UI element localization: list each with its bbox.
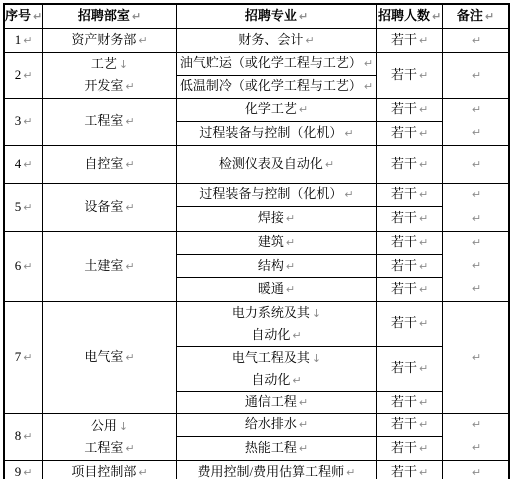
major: 热能工程 xyxy=(245,440,297,455)
department: 项目控制部 xyxy=(71,464,136,479)
row-6-sub-1: 6↵ 土建室↵ 建筑↵ 若干↵ ↵ ↵ ↵ xyxy=(4,231,509,254)
paragraph-mark-icon: ↵ xyxy=(472,259,481,273)
paragraph-mark-icon: ↵ xyxy=(138,466,147,479)
paragraph-mark-icon: ↵ xyxy=(125,260,134,273)
paragraph-mark-icon: ↵ xyxy=(299,442,308,455)
department-cell: 电气室↵ xyxy=(43,301,177,413)
row-number: 8 xyxy=(15,428,22,443)
paragraph-mark-icon: ↵ xyxy=(299,103,308,116)
count: 若干 xyxy=(391,234,417,249)
department-cell: 项目控制部↵ xyxy=(43,460,177,479)
row-number-cell: 5↵ xyxy=(4,183,43,231)
count: 若干 xyxy=(391,32,417,47)
department: 设备室 xyxy=(84,199,123,214)
count: 若干 xyxy=(391,416,417,431)
count: 若干 xyxy=(391,125,417,140)
paragraph-mark-icon: ↵ xyxy=(472,69,481,82)
row-1: 1↵ 资产财务部↵ 财务、会计↵ 若干↵ ↵ xyxy=(4,28,509,52)
row-number-cell: 7↵ xyxy=(4,301,43,413)
paragraph-mark-icon: ↵ xyxy=(419,260,428,273)
major: 给水排水 xyxy=(245,416,297,431)
count-cell: 若干↵ xyxy=(377,301,443,346)
paragraph-mark-icon: ↵ xyxy=(125,115,134,128)
paragraph-mark-icon: ↵ xyxy=(364,80,373,93)
paragraph-mark-icon: ↵ xyxy=(419,362,428,375)
count-cell: 若干↵ xyxy=(377,254,443,277)
count-cell: 若干↵ xyxy=(377,98,443,122)
paragraph-mark-icon: ↵ xyxy=(23,466,32,479)
row-number-cell: 8↵ xyxy=(4,413,43,460)
department-cell: 工程室↵ xyxy=(43,98,177,145)
line-break-mark-icon: ↓ xyxy=(119,420,128,433)
major-line1: 电气工程及其 xyxy=(232,350,310,365)
remark-cell: ↵ xyxy=(443,301,509,413)
paragraph-mark-icon: ↵ xyxy=(419,158,428,171)
count: 若干 xyxy=(391,394,417,409)
major: 焊接 xyxy=(258,210,284,225)
count: 若干 xyxy=(391,464,417,479)
document-page: 序号↵ 招聘部室↵ 招聘专业↵ 招聘人数↵ 备注↵ 1↵ 资产财务部↵ 财务、会… xyxy=(0,0,510,479)
major-cell: 财务、会计↵ xyxy=(176,28,376,52)
header-col-number: 序号↵ xyxy=(4,4,43,28)
header-label: 备注 xyxy=(457,8,483,23)
paragraph-mark-icon: ↵ xyxy=(364,57,373,70)
paragraph-mark-icon: ↵ xyxy=(286,260,295,273)
paragraph-mark-icon: ↵ xyxy=(132,10,141,23)
count-cell: 若干↵ xyxy=(377,231,443,254)
paragraph-mark-icon: ↵ xyxy=(419,317,428,330)
major-cell: 过程装备与控制（化机）↵ xyxy=(176,122,376,146)
paragraph-mark-icon: ↵ xyxy=(23,351,32,364)
major-cell: 热能工程↵ xyxy=(176,437,376,461)
paragraph-mark-icon: ↵ xyxy=(23,34,32,47)
header-label: 招聘人数 xyxy=(378,8,430,23)
line-break-mark-icon: ↓ xyxy=(312,307,321,320)
major-cell: 焊接↵ xyxy=(176,206,376,231)
department-line1: 公用 xyxy=(91,418,117,433)
recruitment-table: 序号↵ 招聘部室↵ 招聘专业↵ 招聘人数↵ 备注↵ 1↵ 资产财务部↵ 财务、会… xyxy=(3,3,510,479)
department: 电气室 xyxy=(84,349,123,364)
row-number-cell: 9↵ xyxy=(4,460,43,479)
header-label: 序号 xyxy=(5,8,31,23)
paragraph-mark-icon: ↵ xyxy=(286,236,295,249)
count: 若干 xyxy=(391,156,417,171)
row-number: 3 xyxy=(15,113,22,128)
major-cell: 电力系统及其↓ 自动化↵ xyxy=(176,301,376,346)
count-cell: 若干↵ xyxy=(377,52,443,98)
department-cell: 设备室↵ xyxy=(43,183,177,231)
count: 若干 xyxy=(391,315,417,330)
count: 若干 xyxy=(391,258,417,273)
paragraph-mark-icon: ↵ xyxy=(472,282,481,296)
header-row: 序号↵ 招聘部室↵ 招聘专业↵ 招聘人数↵ 备注↵ xyxy=(4,4,509,28)
major: 通信工程 xyxy=(245,394,297,409)
count-cell: 若干↵ xyxy=(377,145,443,183)
paragraph-mark-icon: ↵ xyxy=(23,115,32,128)
paragraph-mark-icon: ↵ xyxy=(23,158,32,171)
paragraph-mark-icon: ↵ xyxy=(299,418,308,431)
remark-cell: ↵ xyxy=(443,460,509,479)
major-line2: 自动化 xyxy=(251,372,290,387)
paragraph-mark-icon: ↵ xyxy=(125,80,134,93)
paragraph-mark-icon: ↵ xyxy=(432,10,441,23)
paragraph-mark-icon: ↵ xyxy=(472,126,481,140)
major: 费用控制/费用估算工程师 xyxy=(198,464,345,479)
major-cell: 油气贮运（或化学工程与工艺）↵ xyxy=(176,52,376,75)
major-cell: 电气工程及其↓ 自动化↵ xyxy=(176,346,376,391)
major: 油气贮运（或化学工程与工艺） xyxy=(180,55,362,70)
count-cell: 若干↵ xyxy=(377,28,443,52)
row-5-sub-1: 5↵ 设备室↵ 过程装备与控制（化机）↵ 若干↵ ↵ ↵ xyxy=(4,183,509,206)
row-8-sub-1: 8↵ 公用↓ 工程室↵ 给水排水↵ 若干↵ ↵ ↵ xyxy=(4,413,509,437)
paragraph-mark-icon: ↵ xyxy=(472,466,481,479)
remark-cell: ↵ ↵ xyxy=(443,98,509,145)
department-line2: 工程室 xyxy=(84,440,123,455)
remark-cell: ↵ ↵ xyxy=(443,183,509,231)
major-cell: 建筑↵ xyxy=(176,231,376,254)
major: 过程装备与控制（化机） xyxy=(199,125,342,140)
paragraph-mark-icon: ↵ xyxy=(472,34,481,47)
paragraph-mark-icon: ↵ xyxy=(419,236,428,249)
major: 过程装备与控制（化机） xyxy=(199,186,342,201)
count-cell: 若干↵ xyxy=(377,460,443,479)
department-cell: 公用↓ 工程室↵ xyxy=(43,413,177,460)
paragraph-mark-icon: ↵ xyxy=(286,283,295,296)
paragraph-mark-icon: ↵ xyxy=(419,466,428,479)
header-label: 招聘专业 xyxy=(245,8,297,23)
major-cell: 给水排水↵ xyxy=(176,413,376,437)
paragraph-mark-icon: ↵ xyxy=(305,34,314,47)
row-number-cell: 3↵ xyxy=(4,98,43,145)
paragraph-mark-icon: ↵ xyxy=(472,212,481,226)
paragraph-mark-icon: ↵ xyxy=(419,127,428,140)
paragraph-mark-icon: ↵ xyxy=(346,466,355,479)
row-number: 7 xyxy=(15,349,22,364)
paragraph-mark-icon: ↵ xyxy=(419,34,428,47)
department: 自控室 xyxy=(84,156,123,171)
major-cell: 结构↵ xyxy=(176,254,376,277)
department: 资产财务部 xyxy=(71,32,136,47)
line-break-mark-icon: ↓ xyxy=(119,58,128,71)
count: 若干 xyxy=(391,440,417,455)
paragraph-mark-icon: ↵ xyxy=(292,329,301,342)
paragraph-mark-icon: ↵ xyxy=(472,441,481,455)
row-number-cell: 2↵ xyxy=(4,52,43,98)
count: 若干 xyxy=(391,210,417,225)
count: 若干 xyxy=(391,360,417,375)
row-number-cell: 1↵ xyxy=(4,28,43,52)
count-cell: 若干↵ xyxy=(377,413,443,437)
paragraph-mark-icon: ↵ xyxy=(419,418,428,431)
major-cell: 化学工艺↵ xyxy=(176,98,376,122)
paragraph-mark-icon: ↵ xyxy=(472,418,481,432)
row-7-sub-1: 7↵ 电气室↵ 电力系统及其↓ 自动化↵ 若干↵ ↵ xyxy=(4,301,509,346)
header-label: 招聘部室 xyxy=(78,8,130,23)
row-number: 9 xyxy=(15,464,22,479)
row-2-sub-1: 2↵ 工艺↓ 开发室↵ 油气贮运（或化学工程与工艺）↵ 若干↵ ↵ xyxy=(4,52,509,75)
row-number: 4 xyxy=(15,156,22,171)
row-number: 2 xyxy=(15,67,22,82)
paragraph-mark-icon: ↵ xyxy=(419,283,428,296)
paragraph-mark-icon: ↵ xyxy=(344,127,353,140)
row-number: 1 xyxy=(15,32,22,47)
count-cell: 若干↵ xyxy=(377,122,443,146)
paragraph-mark-icon: ↵ xyxy=(344,188,353,201)
remark-cell: ↵ xyxy=(443,28,509,52)
row-number-cell: 4↵ xyxy=(4,145,43,183)
major: 财务、会计 xyxy=(238,32,303,47)
line-break-mark-icon: ↓ xyxy=(312,352,321,365)
paragraph-mark-icon: ↵ xyxy=(419,103,428,116)
row-3-sub-1: 3↵ 工程室↵ 化学工艺↵ 若干↵ ↵ ↵ xyxy=(4,98,509,122)
paragraph-mark-icon: ↵ xyxy=(472,236,481,250)
department: 工程室 xyxy=(84,113,123,128)
paragraph-mark-icon: ↵ xyxy=(286,212,295,225)
count-cell: 若干↵ xyxy=(377,183,443,206)
row-4: 4↵ 自控室↵ 检测仪表及自动化↵ 若干↵ ↵ xyxy=(4,145,509,183)
major: 化学工艺 xyxy=(245,101,297,116)
remark-cell: ↵ xyxy=(443,52,509,98)
department-cell: 自控室↵ xyxy=(43,145,177,183)
major-cell: 暖通↵ xyxy=(176,278,376,301)
paragraph-mark-icon: ↵ xyxy=(485,10,494,23)
major-cell: 费用控制/费用估算工程师↵ xyxy=(176,460,376,479)
major-cell: 过程装备与控制（化机）↵ xyxy=(176,183,376,206)
major-line1: 电力系统及其 xyxy=(232,305,310,320)
row-9: 9↵ 项目控制部↵ 费用控制/费用估算工程师↵ 若干↵ ↵ xyxy=(4,460,509,479)
department-cell: 工艺↓ 开发室↵ xyxy=(43,52,177,98)
paragraph-mark-icon: ↵ xyxy=(299,396,308,409)
department-cell: 资产财务部↵ xyxy=(43,28,177,52)
count: 若干 xyxy=(391,67,417,82)
header-col-department: 招聘部室↵ xyxy=(43,4,177,28)
remark-cell: ↵ ↵ xyxy=(443,413,509,460)
paragraph-mark-icon: ↵ xyxy=(23,430,32,443)
paragraph-mark-icon: ↵ xyxy=(419,188,428,201)
row-number: 6 xyxy=(15,258,22,273)
paragraph-mark-icon: ↵ xyxy=(419,69,428,82)
row-number: 5 xyxy=(15,199,22,214)
header-col-remark: 备注↵ xyxy=(443,4,509,28)
paragraph-mark-icon: ↵ xyxy=(419,442,428,455)
paragraph-mark-icon: ↵ xyxy=(23,260,32,273)
count-cell: 若干↵ xyxy=(377,437,443,461)
paragraph-mark-icon: ↵ xyxy=(33,10,42,23)
major-cell: 低温制冷（或化学工程与工艺）↵ xyxy=(176,75,376,98)
major: 低温制冷（或化学工程与工艺） xyxy=(180,78,362,93)
department-cell: 土建室↵ xyxy=(43,231,177,301)
department-line1: 工艺 xyxy=(91,56,117,71)
major-line2: 自动化 xyxy=(251,327,290,342)
paragraph-mark-icon: ↵ xyxy=(125,442,134,455)
department-line2: 开发室 xyxy=(84,78,123,93)
major-cell: 检测仪表及自动化↵ xyxy=(176,145,376,183)
major: 检测仪表及自动化 xyxy=(219,156,323,171)
paragraph-mark-icon: ↵ xyxy=(23,69,32,82)
major: 建筑 xyxy=(258,234,284,249)
count-cell: 若干↵ xyxy=(377,278,443,301)
paragraph-mark-icon: ↵ xyxy=(125,351,134,364)
paragraph-mark-icon: ↵ xyxy=(138,34,147,47)
major-cell: 通信工程↵ xyxy=(176,391,376,413)
count-cell: 若干↵ xyxy=(377,391,443,413)
remark-cell: ↵ ↵ ↵ xyxy=(443,231,509,301)
paragraph-mark-icon: ↵ xyxy=(472,188,481,202)
paragraph-mark-icon: ↵ xyxy=(472,103,481,117)
paragraph-mark-icon: ↵ xyxy=(472,351,481,364)
department: 土建室 xyxy=(84,258,123,273)
paragraph-mark-icon: ↵ xyxy=(292,374,301,387)
remark-cell: ↵ xyxy=(443,145,509,183)
paragraph-mark-icon: ↵ xyxy=(419,212,428,225)
paragraph-mark-icon: ↵ xyxy=(299,10,308,23)
major: 结构 xyxy=(258,258,284,273)
paragraph-mark-icon: ↵ xyxy=(325,158,334,171)
major: 暖通 xyxy=(258,281,284,296)
paragraph-mark-icon: ↵ xyxy=(419,396,428,409)
header-col-count: 招聘人数↵ xyxy=(377,4,443,28)
paragraph-mark-icon: ↵ xyxy=(125,201,134,214)
paragraph-mark-icon: ↵ xyxy=(472,158,481,171)
count: 若干 xyxy=(391,281,417,296)
paragraph-mark-icon: ↵ xyxy=(23,201,32,214)
count: 若干 xyxy=(391,186,417,201)
count: 若干 xyxy=(391,101,417,116)
row-number-cell: 6↵ xyxy=(4,231,43,301)
paragraph-mark-icon: ↵ xyxy=(125,158,134,171)
count-cell: 若干↵ xyxy=(377,346,443,391)
header-col-major: 招聘专业↵ xyxy=(176,4,376,28)
count-cell: 若干↵ xyxy=(377,206,443,231)
